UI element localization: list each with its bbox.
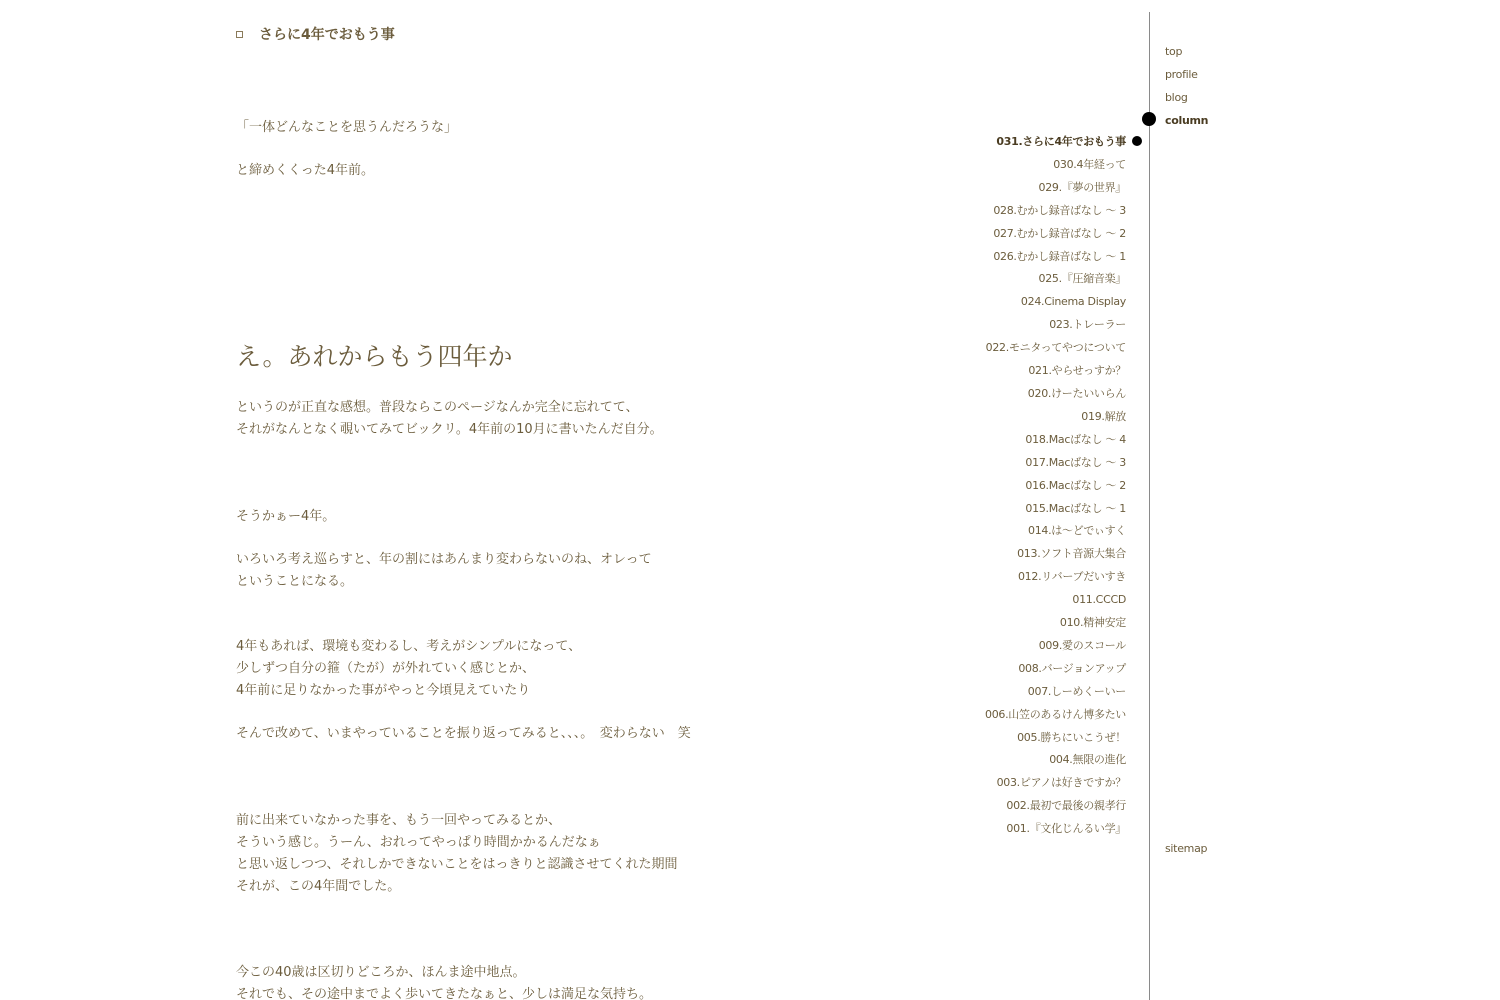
paragraph: ということになる。 (236, 571, 353, 593)
nav-item-column[interactable]: column (1165, 109, 1208, 132)
main-nav: top profile blog column (1165, 40, 1208, 132)
column-item-012[interactable]: 012.リバーブだいすき (985, 566, 1126, 589)
paragraph: 前に出来ていなかった事を、もう一回やってみるとか、 (236, 810, 561, 832)
column-item-015[interactable]: 015.Macばなし 〜 1 (985, 498, 1126, 521)
paragraph: それがなんとなく覗いてみてビックリ。4年前の10月に書いたんだ自分。 (236, 419, 663, 441)
paragraph: それが、この4年間でした。 (236, 876, 400, 898)
active-section-marker-icon (1142, 112, 1156, 126)
column-item-019[interactable]: 019.解放 (985, 406, 1126, 429)
nav-divider-line (1149, 12, 1150, 1000)
column-item-017[interactable]: 017.Macばなし 〜 3 (985, 452, 1126, 475)
quote: 「一体どんなことを思うんだろうな」 (236, 117, 457, 139)
column-item-023[interactable]: 023.トレーラー (985, 314, 1126, 337)
paragraph: 4年もあれば、環境も変わるし、考えがシンプルになって、 (236, 636, 581, 658)
column-item-008[interactable]: 008.バージョンアップ (985, 658, 1126, 681)
column-item-010[interactable]: 010.精神安定 (985, 612, 1126, 635)
column-item-030[interactable]: 030.4年経って (985, 154, 1126, 177)
column-item-006[interactable]: 006.山笠のあるけん博多たい (985, 704, 1126, 727)
column-item-018[interactable]: 018.Macばなし 〜 4 (985, 429, 1126, 452)
square-bullet-icon (236, 31, 243, 38)
column-item-016[interactable]: 016.Macばなし 〜 2 (985, 475, 1126, 498)
column-item-009[interactable]: 009.愛のスコール (985, 635, 1126, 658)
column-item-031[interactable]: 031.さらに4年でおもう事 (985, 131, 1126, 154)
paragraph: そういう感じ。うーん、おれってやっぱり時間かかるんだなぁ (236, 832, 601, 854)
column-item-028[interactable]: 028.むかし録音ばなし 〜 3 (985, 200, 1126, 223)
paragraph: そうかぁー4年。 (236, 506, 335, 528)
paragraph: それでも、その途中までよく歩いてきたなぁと、少しは満足な気持ち。 (236, 984, 652, 1000)
paragraph: と思い返しつつ、それしかできないことをはっきりと認識させてくれた期間 (236, 854, 677, 876)
paragraph: 4年前に足りなかった事がやっと今頃見えていたり (236, 680, 530, 702)
column-item-020[interactable]: 020.けーたいいらん (985, 383, 1126, 406)
column-item-001[interactable]: 001.『文化じんるい学』 (985, 818, 1126, 841)
active-item-marker-icon (1132, 136, 1142, 146)
column-item-022[interactable]: 022.モニタってやつについて (985, 337, 1126, 360)
paragraph: というのが正直な感想。普段ならこのページなんか完全に忘れてて、 (236, 397, 638, 419)
column-item-007[interactable]: 007.しーめくーいー (985, 681, 1126, 704)
column-item-011[interactable]: 011.CCCD (985, 589, 1126, 612)
column-item-005[interactable]: 005.勝ちにいこうぜ！ (985, 727, 1126, 750)
sitemap-link[interactable]: sitemap (1165, 842, 1207, 855)
paragraph: 少しずつ自分の箍（たが）が外れていく感じとか、 (236, 658, 535, 680)
column-item-029[interactable]: 029.『夢の世界』 (985, 177, 1126, 200)
article-title: さらに4年でおもう事 (236, 24, 395, 44)
column-item-003[interactable]: 003.ピアノは好きですか？ (985, 772, 1126, 795)
section-heading: え。あれからもう四年か (236, 337, 513, 373)
column-item-002[interactable]: 002.最初で最後の親孝行 (985, 795, 1126, 818)
paragraph: と締めくくった4年前。 (236, 160, 374, 182)
column-item-027[interactable]: 027.むかし録音ばなし 〜 2 (985, 223, 1126, 246)
article-title-text: さらに4年でおもう事 (259, 24, 395, 44)
column-item-021[interactable]: 021.やらせっすか？ (985, 360, 1126, 383)
paragraph: そんで改めて、いまやっていることを振り返ってみると、、、。 変わらない 笑 (236, 723, 691, 745)
column-list: 031.さらに4年でおもう事 030.4年経って 029.『夢の世界』 028.… (985, 131, 1126, 841)
paragraph: いろいろ考え巡らすと、年の割にはあんまり変わらないのね、オレって (236, 549, 652, 571)
column-item-026[interactable]: 026.むかし録音ばなし 〜 1 (985, 246, 1126, 269)
column-item-004[interactable]: 004.無限の進化 (985, 749, 1126, 772)
nav-item-blog[interactable]: blog (1165, 86, 1208, 109)
column-item-013[interactable]: 013.ソフト音源大集合 (985, 543, 1126, 566)
paragraph: 今この40歳は区切りどころか、ほんま途中地点。 (236, 962, 526, 984)
nav-item-top[interactable]: top (1165, 40, 1208, 63)
column-item-014[interactable]: 014.は〜どでぃすく (985, 520, 1126, 543)
column-item-025[interactable]: 025.『圧縮音楽』 (985, 268, 1126, 291)
nav-item-profile[interactable]: profile (1165, 63, 1208, 86)
column-item-024[interactable]: 024.Cinema Display (985, 291, 1126, 314)
